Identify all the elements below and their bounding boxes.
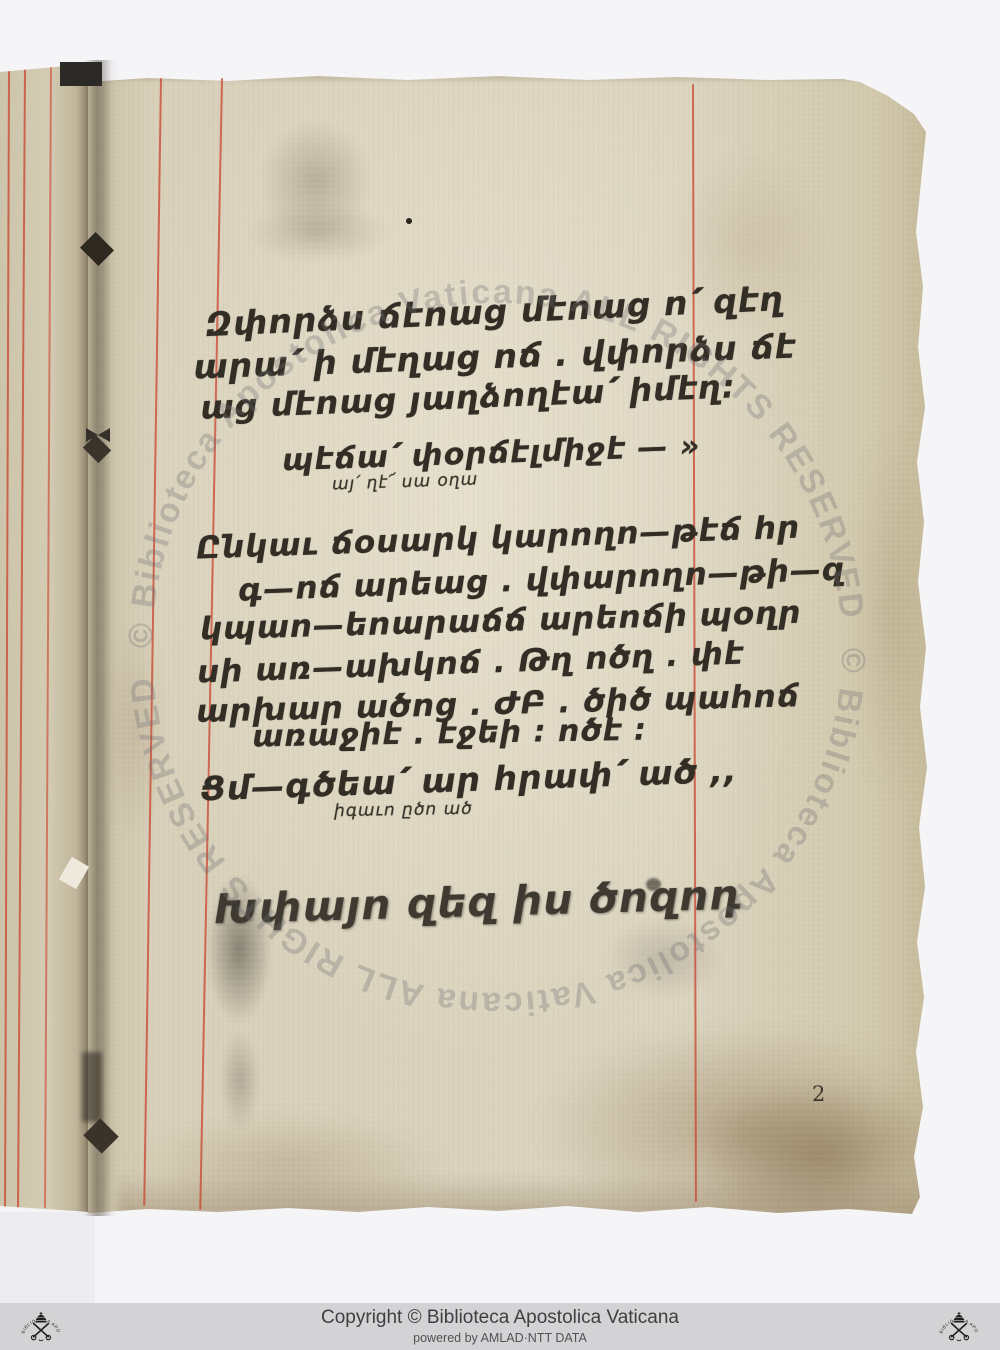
manuscript-line: իգաւո ըծո ած bbox=[334, 799, 473, 821]
library-seal-icon: BIBLIOTECA APOSTOLICA VATICANA bbox=[12, 1306, 70, 1350]
footer-bar: Copyright © Biblioteca Apostolica Vatica… bbox=[0, 1303, 1000, 1350]
scanner-seam bbox=[0, 1212, 95, 1303]
stain bbox=[406, 218, 412, 224]
folio-number: 2 bbox=[812, 1082, 825, 1106]
stain bbox=[220, 1030, 260, 1130]
manuscript-line: առաջիէ . էջեի ։ ոծէ ։ bbox=[252, 713, 648, 755]
stain bbox=[850, 422, 930, 802]
red-rule-line bbox=[4, 68, 10, 1208]
stain bbox=[538, 1022, 948, 1232]
previous-page-edge bbox=[0, 64, 89, 1212]
stain bbox=[604, 918, 724, 998]
red-rule-line bbox=[44, 64, 52, 1208]
scanned-manuscript-view: Զփորձս ճէոաց մէոաց ո՛ զէղ արա՛ ի մէղաց ո… bbox=[0, 0, 1000, 1350]
binding-tab bbox=[60, 62, 102, 86]
stain bbox=[260, 120, 372, 242]
red-rule-line bbox=[17, 66, 26, 1208]
library-seal-icon: BIBLIOTECA APOSTOLICA VATICANA bbox=[930, 1306, 988, 1350]
stain bbox=[118, 1174, 938, 1218]
stain bbox=[248, 202, 388, 262]
stain bbox=[128, 1112, 448, 1222]
sewing-hole bbox=[82, 1052, 102, 1122]
footer-powered-text: powered by AMLAD·NTT DATA bbox=[0, 1331, 1000, 1345]
footer-copyright-text: Copyright © Biblioteca Apostolica Vatica… bbox=[0, 1307, 1000, 1329]
binding-gutter bbox=[84, 60, 118, 1216]
